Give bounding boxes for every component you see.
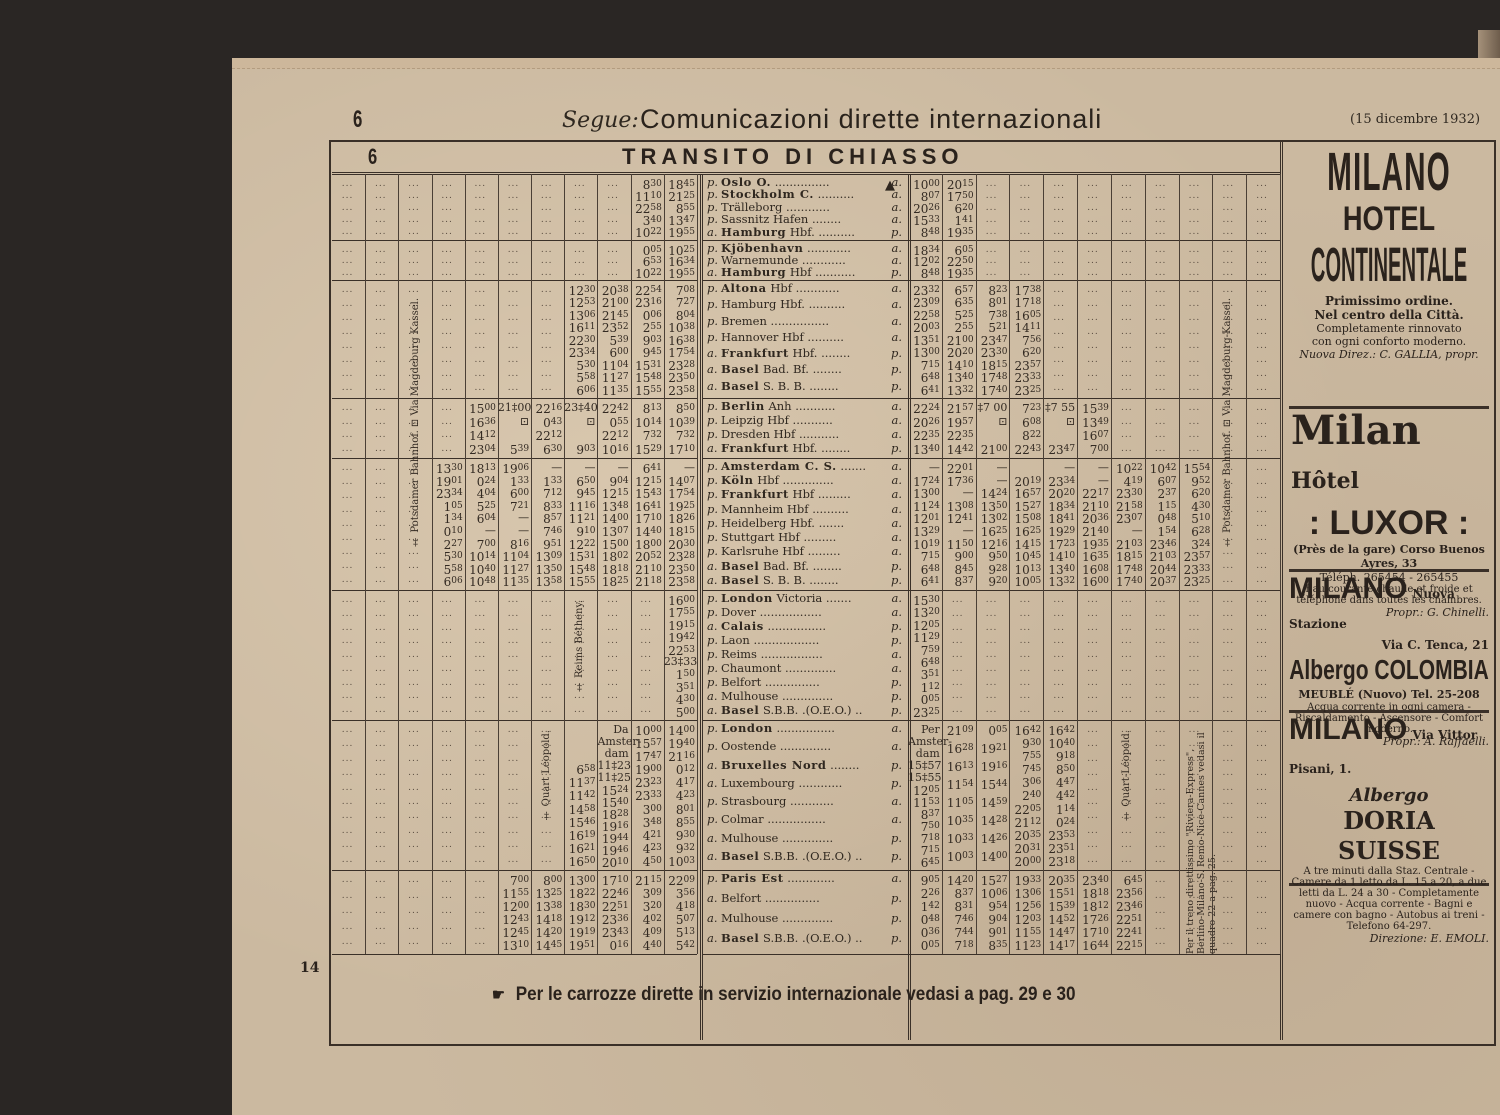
time-cell: ...	[631, 594, 664, 606]
time-cell: ...	[976, 594, 1010, 606]
time-cell: ...	[1246, 214, 1280, 226]
time-column: 1400194021160124174238018559309321003	[664, 720, 698, 870]
time-cell: ...	[1246, 738, 1280, 750]
time-cell: 606	[564, 384, 597, 398]
time-cell: ...	[976, 214, 1010, 226]
time-cell: ...	[1212, 267, 1246, 279]
time-cell: ...	[1043, 608, 1077, 620]
time-cell: ...	[465, 608, 498, 620]
time-cell: —	[1111, 525, 1145, 537]
time-cell: ...	[1179, 214, 1213, 226]
time-column: ...........................	[365, 590, 399, 720]
time-cell: ...	[1179, 190, 1213, 202]
time-cell: 1420	[942, 874, 976, 888]
station-row: a.Basel S. B. B. ........p.	[707, 574, 902, 587]
time-cell: ...	[1246, 462, 1280, 474]
time-cell: 1420	[531, 926, 564, 940]
time-column: ............	[1111, 398, 1146, 458]
time-cell: ...	[332, 178, 365, 190]
time-cell: ...	[1246, 810, 1280, 822]
station-row: p.Mannheim Hbf ..........a.	[707, 503, 902, 516]
time-cell: ...	[398, 608, 431, 620]
time-cell: 2010	[597, 856, 630, 870]
time-column: ...............	[498, 174, 532, 240]
time-cell: ...	[332, 312, 365, 324]
time-cell: 920	[976, 575, 1010, 589]
time-cell: 1825	[597, 575, 630, 589]
time-cell: ...	[1043, 202, 1077, 214]
time-cell: ...	[1179, 340, 1213, 352]
time-cell: ...	[365, 874, 398, 886]
ad-line: con ogni conforto moderno.	[1289, 335, 1489, 348]
time-cell: ...	[1246, 874, 1280, 886]
time-column: ...............	[1212, 870, 1247, 954]
time-column: .........	[1212, 240, 1247, 280]
time-cell: —	[942, 487, 976, 499]
time-column: 153913491607700	[1077, 398, 1112, 458]
time-cell: ...	[398, 255, 431, 267]
time-cell: ...	[432, 635, 465, 647]
time-cell: ...	[1145, 825, 1179, 837]
time-cell: 1003	[942, 850, 976, 864]
time-column: ...........................	[1212, 590, 1247, 720]
time-column: 80013251338141814201445	[531, 870, 565, 954]
time-cell: ...	[465, 690, 498, 702]
time-cell: ...	[498, 753, 531, 765]
time-cell: ...	[1043, 226, 1077, 238]
time-cell: ...	[1111, 368, 1145, 380]
time-cell: ...	[465, 796, 498, 808]
time-cell: ...	[465, 382, 498, 394]
time-cell: ...	[1077, 663, 1111, 675]
time-cell: ...	[465, 936, 498, 948]
ad-line: A tre minuti dalla Staz. Centrale - Came…	[1289, 866, 1489, 932]
time-cell: ...	[531, 298, 564, 310]
time-column: ...............	[1009, 174, 1044, 240]
time-cell: 855	[664, 816, 697, 830]
time-cell: ...	[531, 704, 564, 716]
time-cell: ...	[432, 326, 465, 338]
time-cell: 1400	[976, 850, 1010, 864]
time-cell: ...	[631, 649, 664, 661]
ad-address: Via C. Tenca, 21	[1289, 638, 1489, 652]
time-cell: ...	[365, 443, 398, 455]
time-cell: ...	[1145, 402, 1179, 414]
time-cell: 423	[664, 789, 697, 803]
station-row: a.Basel S. B. B. ........p.	[707, 380, 902, 393]
time-cell: ...	[398, 649, 431, 661]
time-cell: 2212	[531, 429, 564, 443]
time-column: ...............	[1246, 870, 1281, 954]
time-cell: ...	[432, 796, 465, 808]
time-cell: 226	[908, 887, 942, 901]
time-column: .........	[432, 240, 466, 280]
time-cell: ...	[597, 190, 630, 202]
ad-hotel-word: Hôtel	[1291, 468, 1359, 494]
time-cell: ...	[597, 704, 630, 716]
time-cell: 423	[631, 842, 664, 856]
time-cell: ...	[498, 255, 531, 267]
time-cell: 1933	[1009, 874, 1043, 888]
time-cell: ...	[498, 267, 531, 279]
station-block-paris: p.Paris Est .............a.a.Belfort ...…	[703, 870, 908, 955]
time-cell: ...	[1212, 560, 1246, 572]
time-cell: —	[1077, 462, 1111, 474]
time-cell: ...	[465, 255, 498, 267]
time-column: ...............	[1179, 870, 1214, 954]
time-cell: ...	[631, 635, 664, 647]
time-cell: ...	[1077, 622, 1111, 634]
time-cell: ...	[1212, 936, 1246, 948]
pointing-hand-icon: ☛	[492, 987, 505, 1004]
time-cell: ...	[1145, 622, 1179, 634]
time-cell: ...	[1111, 312, 1145, 324]
time-cell: 1544	[976, 778, 1010, 792]
time-column: 1813024404525604—700101410401048	[465, 458, 499, 590]
time-cell: 850	[1043, 763, 1077, 777]
time-cell: ...	[465, 839, 498, 851]
torn-edge	[232, 58, 1500, 69]
time-cell: ...	[465, 663, 498, 675]
time-cell: ...	[597, 677, 630, 689]
time-cell: ...	[531, 226, 564, 238]
time-cell: ...	[1077, 825, 1111, 837]
time-cell: ...	[1246, 518, 1280, 530]
time-column: 123012531306161122302334530558606	[564, 280, 598, 398]
time-cell: ...	[432, 267, 465, 279]
time-cell: ...	[1212, 178, 1246, 190]
time-cell: 1555	[631, 384, 664, 398]
time-cell: ...	[1179, 312, 1213, 324]
time-cell: ...	[365, 546, 398, 558]
time-column: 203515511539145214471417	[1043, 870, 1078, 954]
time-cell: —	[908, 462, 942, 474]
time-cell: ...	[332, 532, 365, 544]
time-cell: ...	[531, 190, 564, 202]
time-cell: ...	[432, 936, 465, 948]
time-column: 905226142048036005	[908, 870, 943, 954]
time-cell: ...	[1111, 635, 1145, 647]
time-cell: ...	[1009, 622, 1043, 634]
station-row: p.Leipzig Hbf ...........a.	[707, 414, 902, 427]
time-cell: 831	[942, 900, 976, 914]
time-cell: 2215	[1111, 939, 1145, 953]
time-cell: ...	[976, 267, 1010, 279]
station-block-london-bruxelles: p.London ................a.p.Oostende ..…	[703, 720, 908, 871]
time-cell: 2351	[1043, 842, 1077, 856]
time-cell: 1033	[942, 832, 976, 846]
time-cell: ...	[332, 546, 365, 558]
time-cell: ⊡	[976, 416, 1010, 428]
time-cell: ...	[1246, 202, 1280, 214]
time-cell: ...	[1111, 298, 1145, 310]
departure-times-left: ........................................…	[332, 174, 697, 1040]
time-cell: ...	[1145, 244, 1179, 256]
time-cell: ...	[1179, 594, 1213, 606]
time-cell: ...	[1111, 677, 1145, 689]
time-cell: 1325	[531, 887, 564, 901]
time-cell: ...	[432, 663, 465, 675]
time-cell: 2246	[597, 887, 630, 901]
time-column: ............	[1145, 398, 1180, 458]
station-row: a.Basel Bad. Bf. ........p.	[707, 560, 902, 573]
time-cell: ...	[332, 382, 365, 394]
time-column: 164293075574530624022052112203520312000	[1009, 720, 1044, 870]
time-cell: ...	[1179, 255, 1213, 267]
time-cell: ...	[398, 532, 431, 544]
time-cell: 2343	[597, 926, 630, 940]
time-cell: ...	[332, 890, 365, 902]
time-cell: ...	[531, 354, 564, 366]
time-cell: 1935	[942, 267, 976, 281]
time-cell: 1142	[564, 789, 597, 803]
time-cell: ...	[465, 905, 498, 917]
time-column: ...........................	[1145, 590, 1180, 720]
time-cell: 1426	[976, 832, 1010, 846]
time-cell: 542	[664, 939, 697, 953]
time-cell: 1155	[1009, 926, 1043, 940]
time-cell: ...	[432, 354, 465, 366]
time-cell: 2241	[1111, 926, 1145, 940]
time-cell: ...	[398, 226, 431, 238]
time-cell: 1039	[664, 416, 697, 430]
station-row: p.Belfort ...............p.	[707, 676, 902, 689]
time-cell: 1338	[531, 900, 564, 914]
time-cell: ...	[365, 382, 398, 394]
time-cell: ...	[1145, 810, 1179, 822]
time-cell: ...	[1009, 226, 1043, 238]
time-column: 2038210021452352539600110411271135	[597, 280, 631, 398]
time-cell: ...	[1077, 594, 1111, 606]
time-cell: 1135	[597, 384, 630, 398]
time-cell: ...	[1246, 825, 1280, 837]
time-cell: ...	[1043, 298, 1077, 310]
time-cell: ...	[398, 622, 431, 634]
time-cell: ...	[365, 340, 398, 352]
time-cell: ...	[1179, 649, 1213, 661]
time-cell: ...	[531, 690, 564, 702]
time-cell: ...	[1077, 190, 1111, 202]
time-cell: ...	[365, 368, 398, 380]
time-cell: 23‡40	[564, 402, 597, 414]
time-cell: 1310	[498, 939, 531, 953]
time-cell: ...	[1145, 874, 1179, 886]
time-column: 22542316006255903945153115481555	[631, 280, 665, 398]
time-cell: ...	[365, 905, 398, 917]
time-cell: ...	[1246, 677, 1280, 689]
time-cell: ...	[1077, 854, 1111, 866]
time-cell: 2346	[1111, 900, 1145, 914]
time-cell: ...	[332, 476, 365, 488]
time-cell: ...	[631, 704, 664, 716]
time-cell: ...	[1246, 443, 1280, 455]
station-row: a.Basel S.B.B. .(O.E.O.) ..p.	[707, 850, 902, 863]
time-column: 65763552525521002020141013401332	[942, 280, 977, 398]
ad-line: (Près de la gare) Corso Buenos Ayres, 33	[1289, 543, 1489, 571]
time-column: 85010397321710	[664, 398, 698, 458]
time-cell: ...	[1077, 608, 1111, 620]
time-cell: ...	[432, 905, 465, 917]
time-column: ..............................	[1145, 720, 1180, 870]
time-column: ...............	[1077, 174, 1112, 240]
station-row: a.Luxembourg ............p.	[707, 777, 902, 790]
time-cell: ...	[332, 796, 365, 808]
time-cell: 1710	[664, 443, 697, 457]
time-cell: ...	[1043, 704, 1077, 716]
time-cell: ...	[432, 810, 465, 822]
time-cell: ...	[1145, 608, 1179, 620]
time-cell: ...	[332, 214, 365, 226]
time-cell: ...	[398, 677, 431, 689]
time-cell: 507	[664, 913, 697, 927]
time-cell: 1740	[1111, 575, 1145, 589]
time-cell: 409	[631, 926, 664, 940]
time-cell: ...	[1145, 178, 1179, 190]
time-cell: ...	[365, 312, 398, 324]
time-column: 233223092258200313511300715648641	[908, 280, 943, 398]
time-cell: ...	[1212, 690, 1246, 702]
left-block-altona: ........................................…	[332, 280, 697, 399]
left-block-kobenhavn: ........................................…	[332, 240, 697, 281]
time-cell: ...	[1145, 416, 1179, 428]
time-cell: ...	[1246, 226, 1280, 238]
time-column: —172413001124120113291019715648641	[908, 458, 943, 590]
time-cell: 641	[908, 384, 942, 398]
time-column: ...............	[1111, 174, 1146, 240]
time-column: 1906133600721——816110411271135	[498, 458, 532, 590]
time-column: 7236088222243	[1009, 398, 1044, 458]
time-cell: ...	[1246, 724, 1280, 736]
time-cell: ...	[1111, 429, 1145, 441]
time-cell: ...	[564, 690, 597, 702]
time-cell: ...	[1179, 267, 1213, 279]
time-column: 64523562346225122412215	[1111, 870, 1146, 954]
time-cell: ...	[398, 890, 431, 902]
time-cell: ...	[1145, 382, 1179, 394]
time-cell: ...	[1212, 504, 1246, 516]
edition-date: (15 dicembre 1932)	[1350, 112, 1480, 127]
time-cell: ...	[631, 690, 664, 702]
time-cell: ...	[1043, 354, 1077, 366]
time-cell: 1155	[498, 887, 531, 901]
time-cell: —	[597, 462, 630, 474]
time-column: ——22172110203621401935163516081600	[1077, 458, 1112, 590]
page-ref-number: 14	[300, 960, 319, 976]
time-cell: ...	[465, 284, 498, 296]
time-cell: ...	[1111, 663, 1145, 675]
time-cell: ...	[1043, 368, 1077, 380]
time-cell: ...	[432, 244, 465, 256]
footnote-vertical: ‡ Reims Bétheny.	[574, 600, 585, 692]
time-cell: ...	[432, 190, 465, 202]
station-row: a.Hamburg Hbf ...........p.	[707, 266, 902, 279]
time-column: .........	[1111, 240, 1146, 280]
time-column: 1022419233021582307—2103181517481740	[1111, 458, 1146, 590]
time-cell: ...	[398, 874, 431, 886]
time-cell: 1740	[976, 384, 1010, 398]
time-cell: ...	[1212, 905, 1246, 917]
time-column: 15301320120511297596483511120052325	[908, 590, 943, 720]
time-cell: ...	[365, 738, 398, 750]
time-cell: ...	[531, 839, 564, 851]
time-cell: ...	[564, 214, 597, 226]
time-cell: ...	[942, 690, 976, 702]
time-cell: ...	[365, 178, 398, 190]
time-cell: 2243	[1009, 443, 1043, 457]
time-cell: ...	[1077, 649, 1111, 661]
time-column: 2224202622351340	[908, 398, 943, 458]
time-cell: ...	[365, 677, 398, 689]
time-column: ...............	[432, 870, 466, 954]
time-cell: ...	[1246, 340, 1280, 352]
time-cell: ...	[1212, 574, 1246, 586]
time-cell: ...	[1111, 402, 1145, 414]
time-cell: 1412	[465, 429, 498, 443]
ad-hotel-name: CONTINENTALE	[1292, 238, 1485, 294]
time-cell: 930	[1009, 737, 1043, 751]
time-cell: ...	[365, 202, 398, 214]
time-column: ...............	[398, 174, 432, 240]
time-cell: ...	[1145, 312, 1179, 324]
time-cell: 1557	[631, 737, 664, 751]
time-cell: ...	[1212, 546, 1246, 558]
time-cell: 1900	[631, 763, 664, 777]
station-row: a.Mulhouse ..............p.	[707, 690, 902, 703]
time-cell: 2318	[1043, 855, 1077, 869]
time-cell: ...	[365, 284, 398, 296]
time-cell: 606	[432, 575, 465, 589]
time-cell: ...	[332, 298, 365, 310]
time-column: 70011551200124312451310	[498, 870, 532, 954]
time-cell: 1529	[631, 443, 664, 457]
time-cell: ...	[1077, 298, 1111, 310]
time-cell: ...	[1111, 594, 1145, 606]
time-cell: 447	[1043, 776, 1077, 790]
time-cell: 1710	[597, 874, 630, 888]
time-cell: ...	[398, 190, 431, 202]
time-cell: ...	[332, 518, 365, 530]
time-cell: ...	[432, 890, 465, 902]
time-cell: 036	[908, 926, 942, 940]
time-cell: ...	[465, 810, 498, 822]
time-cell: ...	[432, 226, 465, 238]
time-cell: ...	[1009, 202, 1043, 214]
time-cell: ...	[332, 874, 365, 886]
time-cell: 932	[664, 842, 697, 856]
time-column: ...........................	[1246, 590, 1281, 720]
time-cell: ...	[1009, 690, 1043, 702]
station-row: p.Colmar ................a.	[707, 813, 902, 826]
time-cell: ...	[465, 190, 498, 202]
time-cell: 048	[908, 913, 942, 927]
time-cell: 356	[664, 887, 697, 901]
time-cell: 024	[1043, 816, 1077, 830]
time-cell: ...	[1145, 226, 1179, 238]
time-cell: ...	[1212, 677, 1246, 689]
time-cell: ...	[365, 854, 398, 866]
time-cell: ...	[365, 476, 398, 488]
time-column: ...............	[597, 174, 631, 240]
time-cell: 2235	[942, 429, 976, 443]
time-cell: ...	[1246, 382, 1280, 394]
time-cell: ...	[976, 202, 1010, 214]
time-cell: ...	[465, 226, 498, 238]
time-column: 2115309320402409440	[631, 870, 665, 954]
time-cell: 2325	[1009, 384, 1043, 398]
time-cell: ...	[1077, 767, 1111, 779]
footer-note: ☛Per le carrozze dirette in servizio int…	[492, 984, 1076, 1006]
time-column: 1738171816051411756620235723332325	[1009, 280, 1044, 398]
